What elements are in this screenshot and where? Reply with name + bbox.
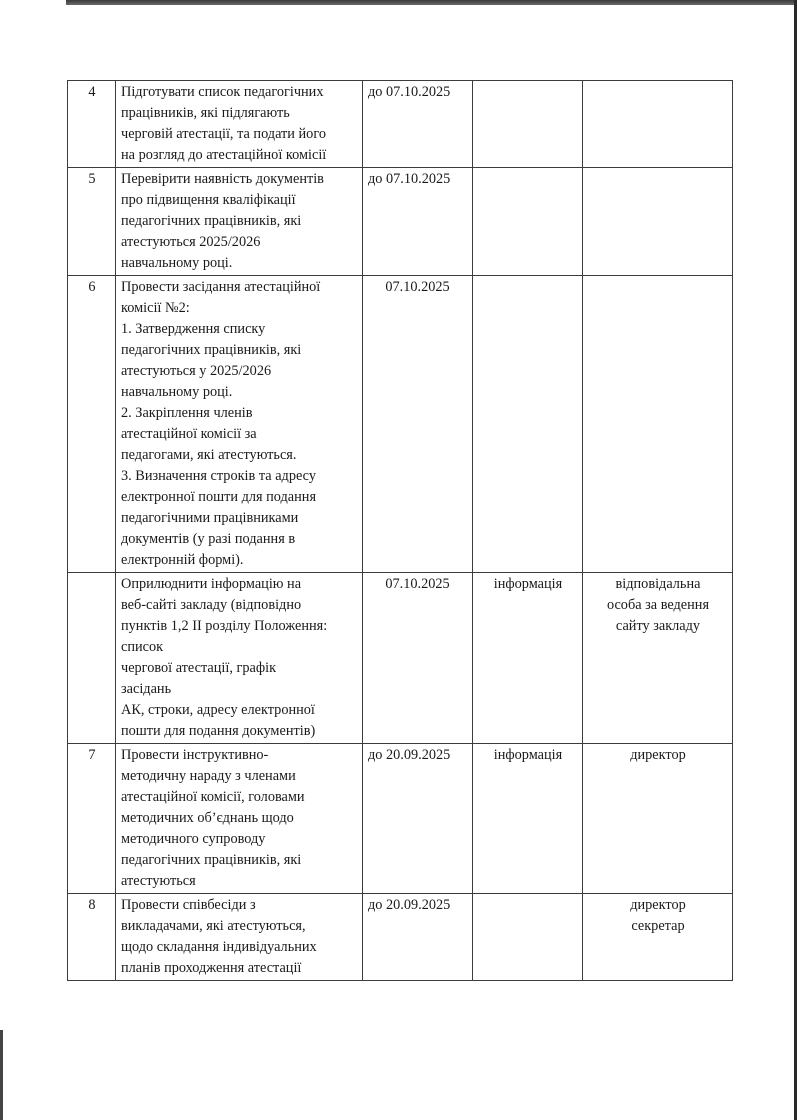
form-cell: інформація <box>473 744 583 894</box>
form-cell <box>473 168 583 276</box>
scan-top-edge <box>66 0 797 5</box>
responsible-text: директор секретар <box>588 895 728 937</box>
form-cell <box>473 894 583 981</box>
row-number <box>68 573 116 744</box>
row-number: 8 <box>68 894 116 981</box>
table-row: 4 Підготувати список педагогічних праців… <box>68 81 733 168</box>
deadline-cell: 07.10.2025 <box>363 276 473 573</box>
row-number: 6 <box>68 276 116 573</box>
responsible-text: відповідальна особа за ведення сайту зак… <box>588 574 728 637</box>
form-cell <box>473 81 583 168</box>
attestation-plan-table: 4 Підготувати список педагогічних праців… <box>67 80 733 981</box>
deadline-cell: до 20.09.2025 <box>363 744 473 894</box>
table-row: 5 Перевірити наявність документів про пі… <box>68 168 733 276</box>
deadline-cell: до 20.09.2025 <box>363 894 473 981</box>
task-cell: Провести інструктивно- методичну нараду … <box>116 744 363 894</box>
table-row: Оприлюднити інформацію на веб-сайті закл… <box>68 573 733 744</box>
task-cell: Провести засідання атестаційної комісії … <box>116 276 363 573</box>
task-text: Провести співбесіди з викладачами, які а… <box>121 895 358 979</box>
form-cell: інформація <box>473 573 583 744</box>
responsible-cell <box>583 168 733 276</box>
table-row: 7 Провести інструктивно- методичну нарад… <box>68 744 733 894</box>
responsible-cell: директор <box>583 744 733 894</box>
task-cell: Підготувати список педагогічних працівни… <box>116 81 363 168</box>
row-number: 5 <box>68 168 116 276</box>
deadline-cell: 07.10.2025 <box>363 573 473 744</box>
task-text: Підготувати список педагогічних працівни… <box>121 82 358 166</box>
responsible-cell <box>583 276 733 573</box>
scan-left-edge <box>0 1030 3 1120</box>
task-cell: Провести співбесіди з викладачами, які а… <box>116 894 363 981</box>
responsible-text: директор <box>588 745 728 766</box>
row-number: 7 <box>68 744 116 894</box>
row-number: 4 <box>68 81 116 168</box>
table-row: 6 Провести засідання атестаційної комісі… <box>68 276 733 573</box>
task-cell: Оприлюднити інформацію на веб-сайті закл… <box>116 573 363 744</box>
form-cell <box>473 276 583 573</box>
table-row: 8 Провести співбесіди з викладачами, які… <box>68 894 733 981</box>
task-text: Перевірити наявність документів про підв… <box>121 169 358 274</box>
task-cell: Перевірити наявність документів про підв… <box>116 168 363 276</box>
responsible-cell: директор секретар <box>583 894 733 981</box>
task-text: Провести інструктивно- методичну нараду … <box>121 745 358 892</box>
task-text: Оприлюднити інформацію на веб-сайті закл… <box>121 574 358 742</box>
deadline-cell: до 07.10.2025 <box>363 168 473 276</box>
task-text: Провести засідання атестаційної комісії … <box>121 277 358 571</box>
responsible-cell: відповідальна особа за ведення сайту зак… <box>583 573 733 744</box>
responsible-cell <box>583 81 733 168</box>
deadline-cell: до 07.10.2025 <box>363 81 473 168</box>
